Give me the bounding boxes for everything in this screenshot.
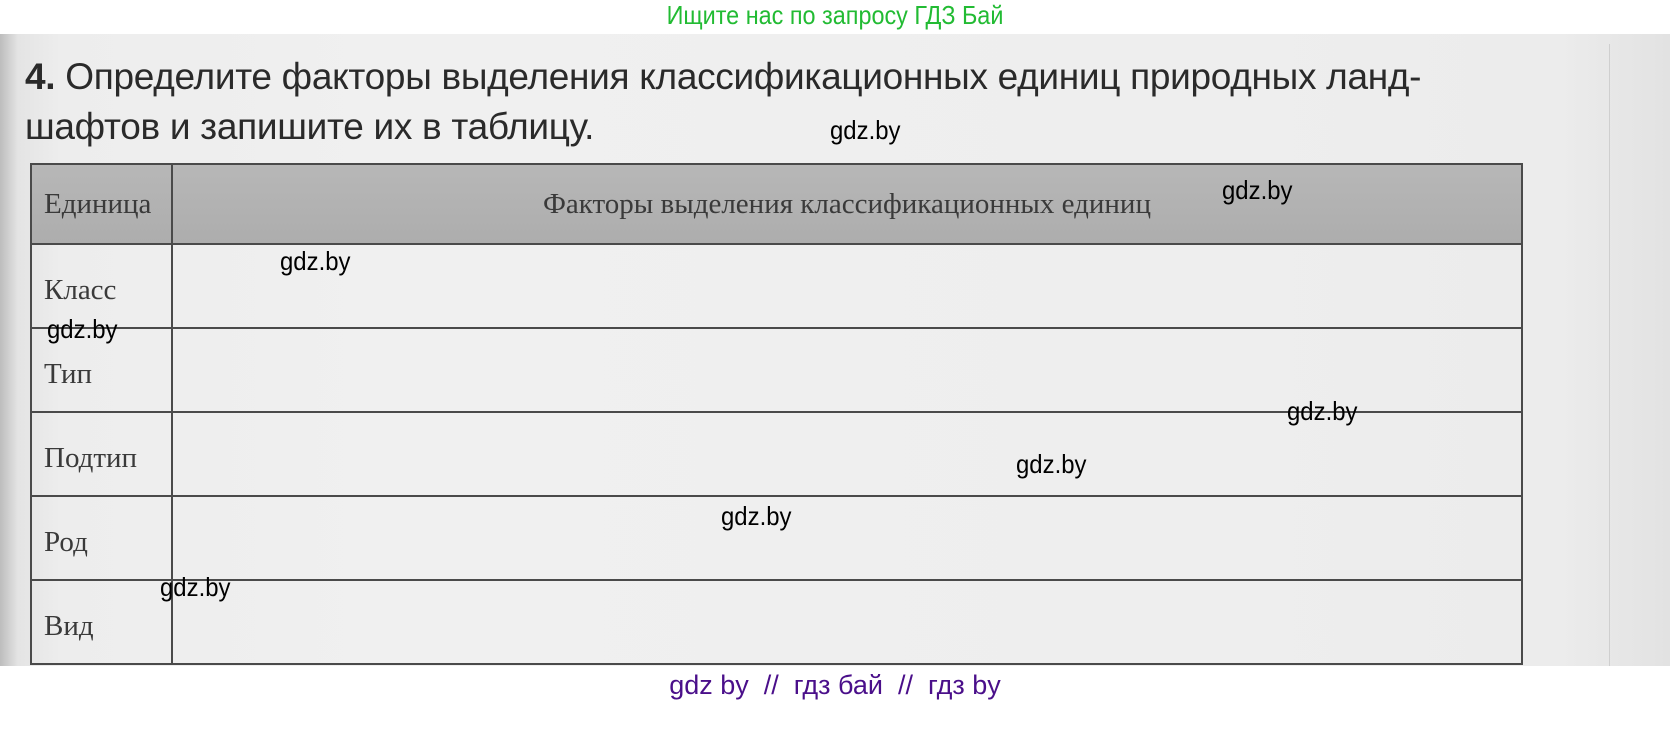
watermark-text: gdz.by xyxy=(280,248,350,274)
task-number: 4. xyxy=(25,56,55,97)
task-statement: 4. Определите факторы выделения классифи… xyxy=(25,52,1545,152)
watermark-text: gdz.by xyxy=(160,574,230,600)
page-edge xyxy=(1609,44,1670,666)
watermark-text: gdz.by xyxy=(1287,398,1357,424)
unit-cell: Подтип xyxy=(31,412,172,496)
factors-answer-cell[interactable] xyxy=(172,496,1522,580)
watermark-text: gdz.by xyxy=(1016,451,1086,477)
search-banner: Ищите нас по запросу ГДЗ Бай xyxy=(84,0,1587,34)
table-header-row: Единица Факторы выделения классификацион… xyxy=(31,164,1522,244)
factors-answer-cell[interactable] xyxy=(172,580,1522,664)
table-row: Класс xyxy=(31,244,1522,328)
footer-banner: gdz by // гдз бай // гдз by xyxy=(0,666,1670,748)
unit-cell: Род xyxy=(31,496,172,580)
watermark-text: gdz.by xyxy=(47,316,117,342)
unit-cell: Вид xyxy=(31,580,172,664)
task-text: Определите факторы выделения классификац… xyxy=(25,56,1421,147)
table-row: Вид xyxy=(31,580,1522,664)
footer-text: gdz by // гдз бай // гдз by xyxy=(0,670,1670,701)
watermark-text: gdz.by xyxy=(1222,177,1292,203)
column-header-factors: Факторы выделения классификационных един… xyxy=(172,164,1522,244)
factors-answer-cell[interactable] xyxy=(172,244,1522,328)
watermark-text: gdz.by xyxy=(830,117,900,143)
column-header-unit: Единица xyxy=(31,164,172,244)
watermark-text: gdz.by xyxy=(721,503,791,529)
